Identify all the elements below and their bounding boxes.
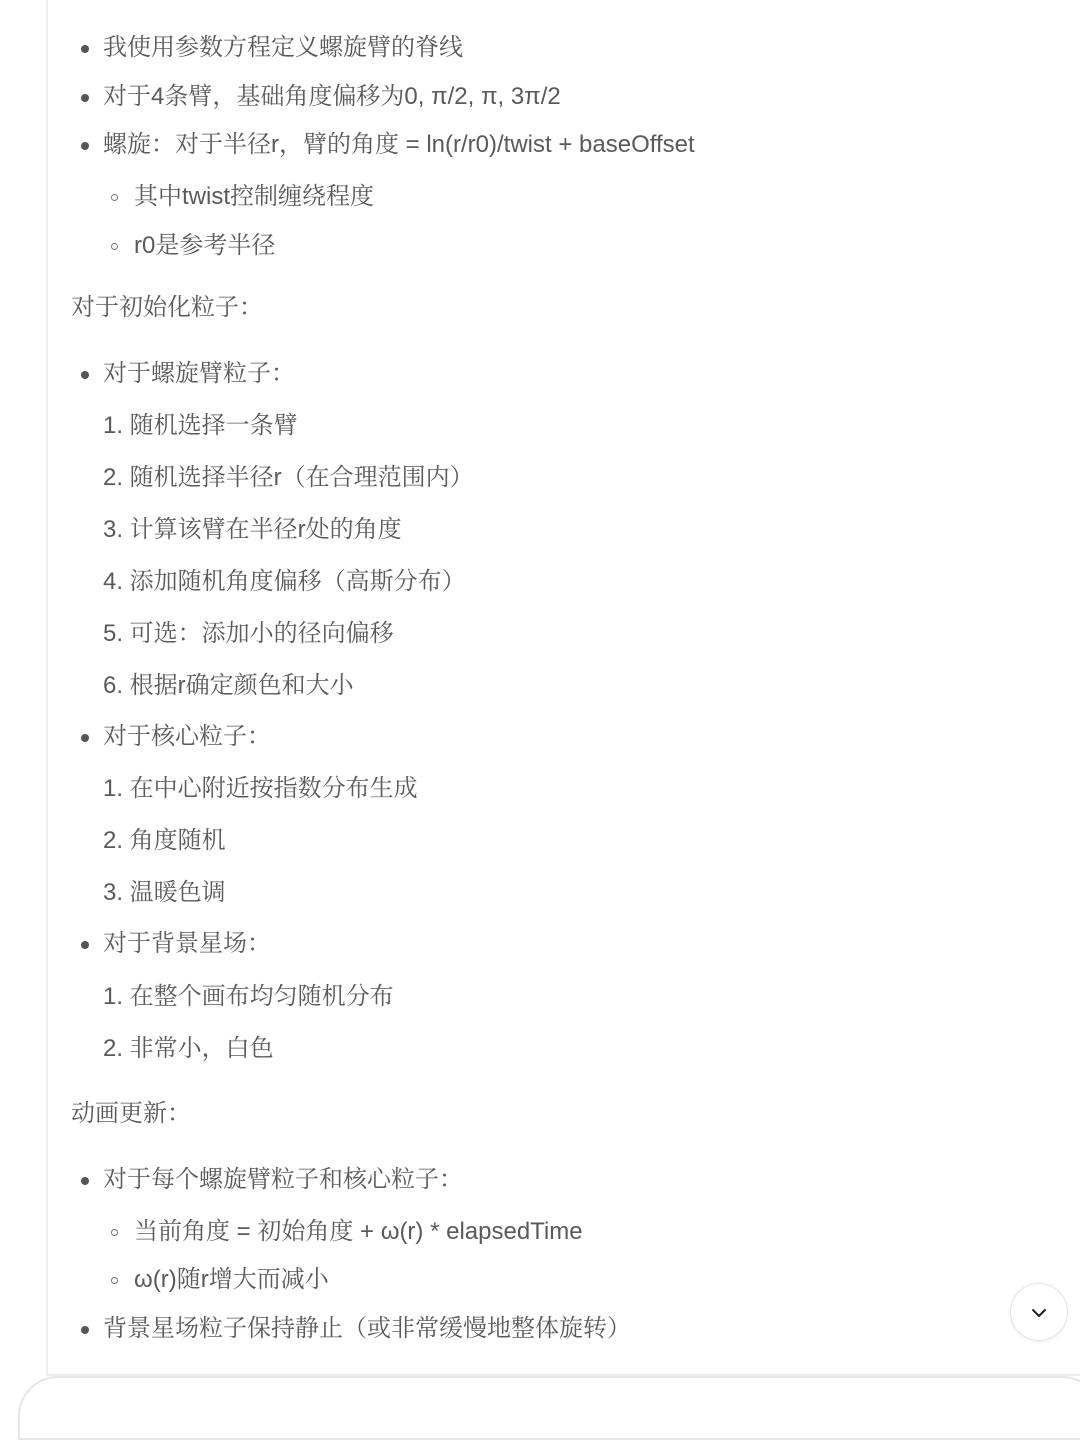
ordered-item: 2. 随机选择半径r（在合理范围内） <box>103 462 474 494</box>
sub-bullet-circle <box>111 1277 118 1284</box>
ordered-item: 5. 可选：添加小的径向偏移 <box>103 618 394 650</box>
bullet-dot <box>81 941 89 949</box>
list-item: 对于核心粒子： <box>103 721 271 753</box>
sub-list-item: r0是参考半径 <box>134 230 275 262</box>
list-item: 对于每个螺旋臂粒子和核心粒子： <box>103 1164 463 1196</box>
bullet-dot <box>81 1177 89 1185</box>
ordered-item: 2. 角度随机 <box>103 825 226 857</box>
ordered-item: 3. 计算该臂在半径r处的角度 <box>103 514 402 546</box>
list-item: 对于螺旋臂粒子： <box>103 358 295 390</box>
section-heading: 动画更新： <box>71 1098 191 1130</box>
chat-input-box[interactable] <box>18 1376 1080 1393</box>
section-heading: 对于初始化粒子： <box>71 292 263 324</box>
ordered-item: 1. 在中心附近按指数分布生成 <box>103 773 418 805</box>
chevron-down-icon <box>1030 1306 1048 1318</box>
bullet-dot <box>81 371 89 379</box>
bullet-dot <box>81 734 89 742</box>
list-item: 背景星场粒子保持静止（或非常缓慢地整体旋转） <box>103 1313 631 1345</box>
sub-bullet-circle <box>111 243 118 250</box>
sub-list-item: 其中twist控制缠绕程度 <box>134 181 374 213</box>
ordered-item: 3. 温暖色调 <box>103 877 226 909</box>
ordered-item: 1. 随机选择一条臂 <box>103 410 298 442</box>
bullet-dot <box>81 142 89 150</box>
sub-bullet-circle <box>111 1229 118 1236</box>
bullet-dot <box>81 94 89 102</box>
ordered-item: 1. 在整个画布均匀随机分布 <box>103 981 394 1013</box>
bullet-dot <box>81 1326 89 1334</box>
list-item: 螺旋：对于半径r，臂的角度 = ln(r/r0)/twist + baseOff… <box>103 129 695 161</box>
bullet-dot <box>81 45 89 53</box>
list-item: 对于4条臂，基础角度偏移为0, π/2, π, 3π/2 <box>103 81 561 113</box>
sub-list-item: ω(r)随r增大而减小 <box>134 1264 329 1296</box>
sub-list-item: 当前角度 = 初始角度 + ω(r) * elapsedTime <box>134 1216 583 1248</box>
scroll-to-bottom-button[interactable] <box>1010 1283 1068 1341</box>
ordered-item: 4. 添加随机角度偏移（高斯分布） <box>103 566 466 598</box>
list-item: 对于背景星场： <box>103 928 271 960</box>
sub-bullet-circle <box>111 194 118 201</box>
ordered-item: 6. 根据r确定颜色和大小 <box>103 670 354 702</box>
ordered-item: 2. 非常小，白色 <box>103 1033 274 1065</box>
list-item: 我使用参数方程定义螺旋臂的脊线 <box>103 32 463 64</box>
